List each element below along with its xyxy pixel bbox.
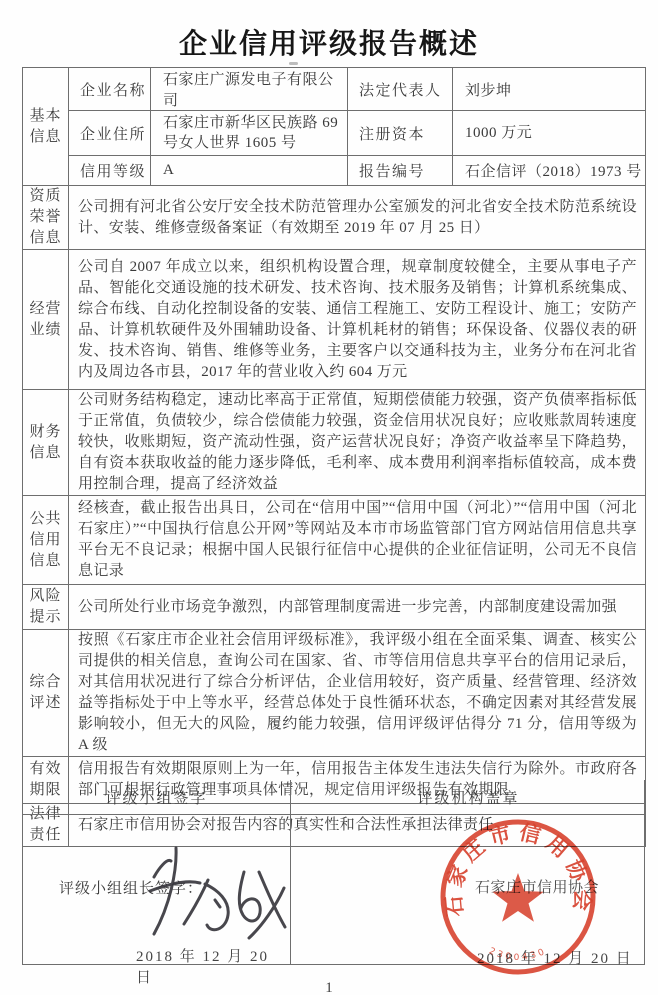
signature-block: 评级小组签字 评级机构盖章 评级小组组长签字： 2018 年 12 月 20 日 [22, 780, 645, 965]
section-content-public-credit: 经核查，截止报告出具日，公司在“信用中国”“信用中国（河北）”“信用中国（河北石… [69, 496, 646, 585]
signature-area-team: 评级小组组长签字： 2018 年 12 月 20 日 [23, 815, 291, 965]
field-value-registered-capital: 1000 万元 [453, 111, 646, 156]
table-row-overall-review: 综合 评述 按照《石家庄市企业社会信用评级标准》，我评级小组在全面采集、调查、核… [23, 630, 646, 757]
field-value-credit-grade: A [151, 156, 348, 186]
seal-star-icon [492, 873, 543, 922]
field-label-legal-rep: 法定代表人 [348, 68, 453, 111]
section-content-qualification: 公司拥有河北省公安厅安全技术防范管理办公室颁发的河北省安全技术防范系统设计、安装… [69, 186, 646, 250]
page-number: 1 [0, 980, 658, 995]
field-value-company-name: 石家庄广源发电子有限公司 [151, 68, 348, 111]
section-label-public-credit: 公共 信用 信息 [23, 496, 69, 585]
page-title: 企业信用评级报告概述 [0, 22, 658, 62]
section-content-performance: 公司自 2007 年成立以来，组织机构设置合理，规章制度较健全，主要从事电子产品… [69, 250, 646, 390]
table-row-performance: 经营 业绩 公司自 2007 年成立以来，组织机构设置合理，规章制度较健全，主要… [23, 250, 646, 390]
field-label-address: 企业住所 [69, 111, 151, 156]
table-row: 基本 信息 企业名称 石家庄广源发电子有限公司 法定代表人 刘步坤 [23, 68, 646, 111]
section-content-finance: 公司财务结构稳定，速动比率高于正常值，短期偿债能力较强，资产负债率指标低于正常值… [69, 390, 646, 496]
field-value-address: 石家庄市新华区民族路 69 号女人世界 1605 号 [151, 111, 348, 156]
section-label-basic-info: 基本 信息 [23, 68, 69, 186]
field-value-report-number: 石企信评（2018）1973 号 [453, 156, 646, 186]
section-label-qualification: 资质 荣誉 信息 [23, 186, 69, 250]
table-row-public-credit: 公共 信用 信息 经核查，截止报告出具日，公司在“信用中国”“信用中国（河北）”… [23, 496, 646, 585]
field-label-registered-capital: 注册资本 [348, 111, 453, 156]
table-row-qualification: 资质 荣誉 信息 公司拥有河北省公安厅安全技术防范管理办公室颁发的河北省安全技术… [23, 186, 646, 250]
agency-seal-stamp: 石家庄市信用协会 2300430 [433, 812, 603, 982]
field-value-legal-rep: 刘步坤 [453, 68, 646, 111]
section-content-overall-review: 按照《石家庄市企业社会信用评级标准》，我评级小组在全面采集、调查、核实公司提供的… [69, 630, 646, 757]
table-row: 企业住所 石家庄市新华区民族路 69 号女人世界 1605 号 注册资本 100… [23, 111, 646, 156]
scan-artifact [289, 62, 298, 65]
seal-serial-text: 2300430 [487, 946, 548, 963]
field-label-credit-grade: 信用等级 [69, 156, 151, 186]
table-row: 信用等级 A 报告编号 石企信评（2018）1973 号 [23, 156, 646, 186]
field-label-company-name: 企业名称 [69, 68, 151, 111]
signature-header-agency-seal: 评级机构盖章 [291, 780, 646, 815]
field-label-report-number: 报告编号 [348, 156, 453, 186]
section-label-finance: 财务 信息 [23, 390, 69, 496]
section-label-overall-review: 综合 评述 [23, 630, 69, 757]
section-content-risk: 公司所处行业市场竞争激烈，内部管理制度需进一步完善，内部制度建设需加强 [69, 585, 646, 630]
section-label-risk: 风险 提示 [23, 585, 69, 630]
scanned-report-page: 企业信用评级报告概述 基本 信息 企业名称 石家庄广源发电子有限公司 法定代表人… [0, 0, 658, 995]
table-row-risk: 风险 提示 公司所处行业市场竞争激烈，内部管理制度需进一步完善，内部制度建设需加… [23, 585, 646, 630]
section-label-performance: 经营 业绩 [23, 250, 69, 390]
handwritten-signature [141, 841, 291, 946]
signature-area-agency: 石家庄市信用协会 2018 年 12 月 20 日 石家庄市信用协会 23004… [291, 815, 646, 965]
signature-header-team: 评级小组签字 [23, 780, 291, 815]
report-table: 基本 信息 企业名称 石家庄广源发电子有限公司 法定代表人 刘步坤 企业住所 石… [22, 67, 646, 847]
svg-text:2300430: 2300430 [487, 946, 548, 963]
table-row-finance: 财务 信息 公司财务结构稳定，速动比率高于正常值，短期偿债能力较强，资产负债率指… [23, 390, 646, 496]
